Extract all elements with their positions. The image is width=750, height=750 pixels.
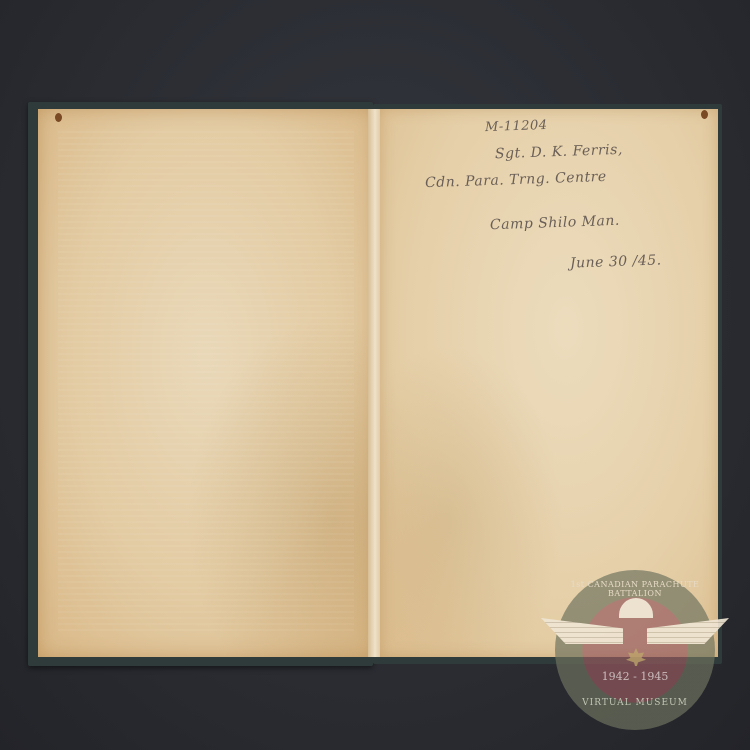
logo-years: 1942 - 1945 bbox=[555, 670, 715, 683]
logo-title: 1st CANADIAN PARACHUTE BATTALION bbox=[555, 580, 715, 598]
inscription-line: Camp Shilo Man. bbox=[490, 213, 620, 234]
museum-watermark-logo: 1st CANADIAN PARACHUTE BATTALION 1942 - … bbox=[555, 570, 715, 730]
rust-stain bbox=[701, 110, 708, 119]
maple-leaf-icon bbox=[626, 648, 646, 666]
wings-icon bbox=[541, 618, 729, 648]
inscription-line: Cdn. Para. Trng. Centre bbox=[425, 169, 607, 191]
inscription-line: Sgt. D. K. Ferris, bbox=[495, 142, 623, 162]
inscription-line: M-11204 bbox=[485, 118, 548, 135]
rust-stain bbox=[55, 113, 62, 122]
left-endpaper bbox=[38, 109, 374, 657]
inscription-line: June 30 /45. bbox=[570, 252, 662, 271]
right-endpaper: M-11204 Sgt. D. K. Ferris, Cdn. Para. Tr… bbox=[380, 109, 718, 657]
parachute-icon bbox=[619, 598, 653, 618]
logo-subtitle: VIRTUAL MUSEUM bbox=[555, 698, 715, 708]
